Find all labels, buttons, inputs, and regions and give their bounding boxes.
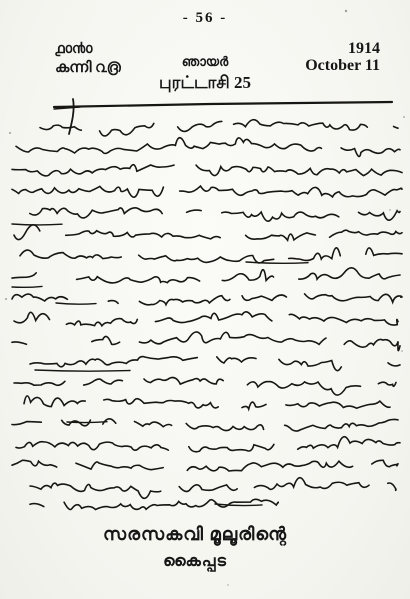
malayalam-month-day: കന്നി ൨൫ [55,59,121,78]
handwriting-strokes [12,120,402,510]
underline-strokes [12,224,308,506]
header-rule [54,99,392,134]
page-number: - 56 - [0,10,410,27]
header-malayalam-date-block: ൧൦൯൦ കന്നി ൨൫ [55,40,121,78]
malayalam-era-year: ൧൦൯൦ [55,40,121,59]
gregorian-date: October 11 [305,57,380,74]
caption-handwriting-word: കൈപ്പട [20,553,370,571]
tamil-month-day: புரட்டாசி 25 [120,73,290,95]
gregorian-year: 1914 [305,40,380,57]
caption-author-line: സരസകവി മൂലൂരിന്റെ [20,524,370,545]
printed-caption: സരസകവി മൂലൂരിന്റെ കൈപ്പട [20,524,370,571]
weekday-label: ഞായർ [120,54,290,70]
header-weekday-block: ഞായർ புரட்டாசி 25 [120,54,290,95]
header-english-date-block: 1914 October 11 [305,40,380,74]
scanned-diary-page: - 56 - ൧൦൯൦ കന്നി ൨൫ ഞായർ புரட்டாசி 25 1… [0,0,410,599]
scan-noise-specks [5,10,405,586]
